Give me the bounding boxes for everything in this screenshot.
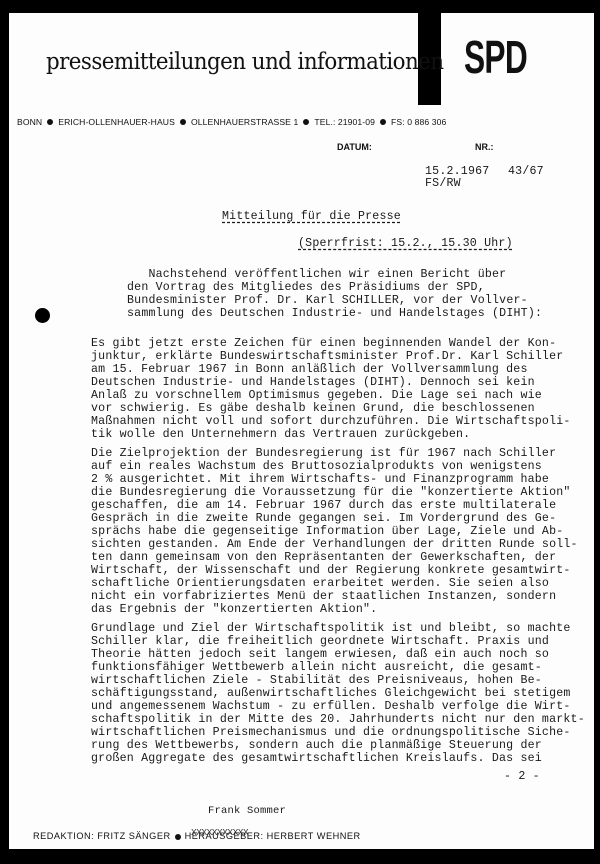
address-street: OLLENHAUERSTRASSE 1 — [191, 117, 298, 127]
body-line: 2 % ausgerichtet. Mit ihrem Wirtschafts-… — [91, 473, 549, 486]
body-line: ten dann gemeinsam von den Repräsentante… — [91, 551, 556, 564]
body-line: wirtschaftlichen Ziele - Stabilität des … — [91, 674, 542, 687]
body-line: das Ergebnis der "konzertierten Aktion". — [91, 603, 377, 616]
body-line: Wirtschaft, der Wissenschaft und der Reg… — [91, 564, 571, 577]
address-phone: TEL.: 21901-09 — [314, 117, 375, 127]
signature: Frank Sommer — [208, 805, 286, 818]
address-city: BONN — [17, 117, 42, 127]
body-line: geschaffen, die am 14. Februar 1967 durc… — [91, 499, 556, 512]
bullet-icon — [303, 119, 309, 125]
bullet-icon — [175, 834, 181, 840]
footer-credits: REDAKTION: FRITZ SÄNGERHERAUSGEBER: HERB… — [33, 831, 361, 841]
body-line: Gespräch in die zweite Runde gegangen se… — [91, 512, 556, 525]
spd-logo: SPD — [464, 35, 527, 81]
page-marker: - 2 - — [504, 770, 540, 783]
body-line: und angemessenem Wachstum - zu erfüllen.… — [91, 700, 571, 713]
body-line: vor schwierig. Es gäbe deshalb keinen Gr… — [91, 402, 535, 415]
bullet-icon — [47, 119, 53, 125]
bullet-icon — [180, 119, 186, 125]
intro-line: den Vortrag des Mitgliedes des Präsidium… — [127, 281, 485, 294]
nr-label: NR.: — [475, 142, 494, 152]
body-line: großen Aggregate des gesamtwirtschaftlic… — [91, 752, 542, 765]
masthead-title: pressemitteilungen und informationen — [46, 49, 443, 75]
bullet-icon — [380, 119, 386, 125]
body-line: Anlaß zu vorschnellem Optimismus gegeben… — [91, 389, 542, 402]
punch-hole — [35, 308, 50, 323]
embargo-notice: (Sperrfrist: 15.2., 15.30 Uhr) — [298, 237, 513, 250]
scan-border-top — [0, 0, 600, 13]
body-line: schäftigungsstand, außenwirtschaftliches… — [91, 687, 571, 700]
body-line: auf ein reales Wachstum des Bruttosozial… — [91, 460, 542, 473]
address-building: ERICH-OLLENHAUER-HAUS — [58, 117, 175, 127]
intro-line: Nachstehend veröffentlichen wir einen Be… — [127, 268, 506, 281]
body-line: Es gibt jetzt erste Zeichen für einen be… — [91, 337, 556, 350]
address-line: BONNERICH-OLLENHAUER-HAUSOLLENHAUERSTRAS… — [17, 117, 446, 127]
document-title: Mitteilung für die Presse — [222, 210, 401, 223]
body-line: nicht ein vorfabriziertes Menü der staat… — [91, 590, 556, 603]
body-line: junktur, erklärte Bundeswirtschaftsminis… — [91, 350, 563, 363]
body-line: Deutschen Industrie- und Handelstages (D… — [91, 376, 535, 389]
body-line: Schiller klar, die freiheitlich geordnet… — [91, 635, 549, 648]
intro-line: sammlung des Deutschen Industrie- und Ha… — [127, 307, 542, 320]
intro-line: Bundesminister Prof. Dr. Karl SCHILLER, … — [127, 294, 528, 307]
body-line: wirtschaftlichen Preismechanismus und di… — [91, 726, 571, 739]
body-line: sichten gestanden. Am Ende der Verhandlu… — [91, 538, 578, 551]
press-release-page: pressemitteilungen und informationen SPD… — [9, 13, 594, 849]
initials: FS/RW — [425, 177, 461, 190]
body-line: Theorie hätten jedoch seit langem erwies… — [91, 648, 549, 661]
body-line: Maßnahmen nicht voll und sofort durchzuf… — [91, 415, 571, 428]
body-line: schaftliche Orientierungsdaten erarbeite… — [91, 577, 549, 590]
body-line: Grundlage und Ziel der Wirtschaftspoliti… — [91, 622, 571, 635]
body-line: am 15. Februar 1967 in Bonn anläßlich de… — [91, 363, 528, 376]
datum-label: DATUM: — [337, 142, 372, 152]
body-line: funktionsfähiger Wettbewerb allein nicht… — [91, 661, 542, 674]
body-line: sprächs habe die gegenseitige Informatio… — [91, 525, 563, 538]
body-line: Die Zielprojektion der Bundesregierung i… — [91, 447, 556, 460]
body-line: tik wolle den Unternehmern das Vertrauen… — [91, 428, 470, 441]
footer-redaktion: REDAKTION: FRITZ SÄNGER — [33, 831, 171, 841]
body-line: rung des Wettbewerbs, sondern auch die p… — [91, 739, 542, 752]
address-telex: FS: 0 886 306 — [391, 117, 446, 127]
footer-herausgeber: HERAUSGEBER: HERBERT WEHNER — [185, 831, 361, 841]
nr-value: 43/67 — [508, 165, 544, 178]
body-line: schaftspolitik in der Mitte des 20. Jahr… — [91, 713, 585, 726]
body-line: die Bundesregierung die Voraussetzung fü… — [91, 486, 571, 499]
